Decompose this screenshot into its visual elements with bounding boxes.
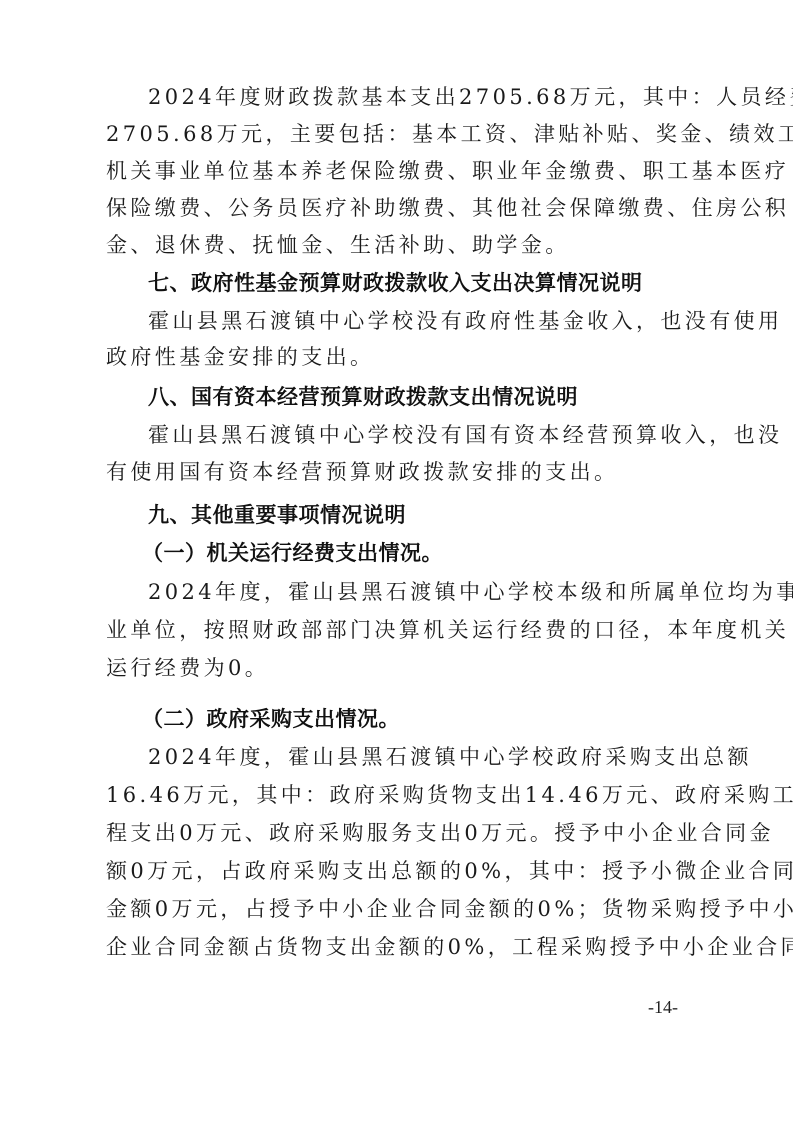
section-heading-8: 八、国有资本经营预算财政拨款支出情况说明 [148,383,696,411]
subsection-heading-operating-expenses: （一）机关运行经费支出情况。 [142,539,732,567]
subsection-heading-procurement: （二）政府采购支出情况。 [142,705,732,733]
document-page: 2024年度财政拨款基本支出2705.68万元，其中：人员经费 2705.68万… [0,0,793,1122]
paragraph-basic-expenditure-line-4: 保险缴费、公务员医疗补助缴费、其他社会保障缴费、住房公积 [106,194,696,222]
paragraph-procurement-line-6: 企业合同金额占货物支出金额的0%，工程采购授予中小企业合同 [106,933,696,961]
paragraph-government-fund-line-1: 霍山县黑石渡镇中心学校没有政府性基金收入，也没有使用 [148,307,696,335]
section-heading-7: 七、政府性基金预算财政拨款收入支出决算情况说明 [148,269,696,297]
paragraph-basic-expenditure-line-5: 金、退休费、抚恤金、生活补助、助学金。 [106,231,696,259]
paragraph-procurement-line-2: 16.46万元，其中：政府采购货物支出14.46万元、政府采购工 [106,781,696,809]
paragraph-operating-expenses-line-2: 业单位，按照财政部部门决算机关运行经费的口径，本年度机关 [106,616,696,644]
paragraph-procurement-line-1: 2024年度，霍山县黑石渡镇中心学校政府采购支出总额 [148,743,696,771]
paragraph-basic-expenditure-line-1: 2024年度财政拨款基本支出2705.68万元，其中：人员经费 [148,83,696,111]
paragraph-state-capital-line-1: 霍山县黑石渡镇中心学校没有国有资本经营预算收入，也没 [148,421,696,449]
paragraph-procurement-line-4: 额0万元，占政府采购支出总额的0%，其中：授予小微企业合同 [106,857,696,885]
paragraph-state-capital-line-2: 有使用国有资本经营预算财政拨款安排的支出。 [106,458,696,486]
page-number: -14- [648,997,678,1018]
paragraph-government-fund-line-2: 政府性基金安排的支出。 [106,343,696,371]
paragraph-operating-expenses-line-3: 运行经费为0。 [106,654,696,682]
paragraph-basic-expenditure-line-2: 2705.68万元，主要包括：基本工资、津贴补贴、奖金、绩效工资、 [106,120,696,148]
section-heading-9: 九、其他重要事项情况说明 [148,501,696,529]
paragraph-operating-expenses-line-1: 2024年度，霍山县黑石渡镇中心学校本级和所属单位均为事 [148,578,696,606]
paragraph-procurement-line-5: 金额0万元，占授予中小企业合同金额的0%；货物采购授予中小 [106,895,696,923]
paragraph-procurement-line-3: 程支出0万元、政府采购服务支出0万元。授予中小企业合同金 [106,819,696,847]
paragraph-basic-expenditure-line-3: 机关事业单位基本养老保险缴费、职业年金缴费、职工基本医疗 [106,157,696,185]
